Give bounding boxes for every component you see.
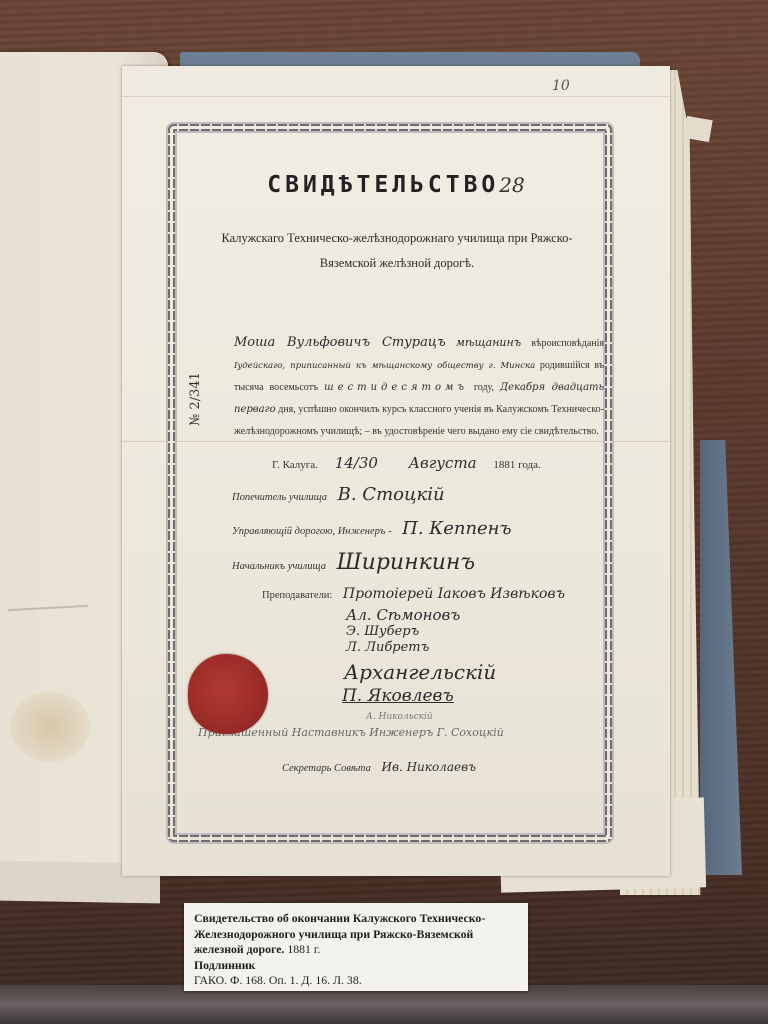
caption-year: 1881 г. xyxy=(284,942,320,956)
teacher-signature: Э. Шуберъ xyxy=(346,624,419,639)
issue-date-line: Г. Калуга. 14/30 Августа 1881 года. xyxy=(272,454,541,472)
signature: В. Стоцкій xyxy=(338,484,445,505)
caption-archive-reference: ГАКО. Ф. 168. Оп. 1. Д. 16. Л. 38. xyxy=(194,973,518,989)
secretary-row: Секретарь Совѣта Ив. Николаевъ xyxy=(282,760,476,774)
torn-page-flap xyxy=(683,116,712,142)
certificate-body: Моша Вульфовичъ Стурацъ мѣщанинъ вѣроисп… xyxy=(234,332,604,443)
issue-year-suffix: года. xyxy=(518,459,541,471)
teachers-row: Преподаватели: Протоіерей Іаковъ Извѣков… xyxy=(262,586,565,602)
handwritten-title-number: 28 xyxy=(499,173,524,197)
signature-label: Попечитель училища xyxy=(232,492,327,503)
issue-year: 1881 xyxy=(493,459,515,471)
teacher-signature: Протоіерей Іаковъ Извѣковъ xyxy=(343,586,565,602)
teacher-signature: Ал. Сѣмоновъ xyxy=(346,606,460,624)
certificate-sheet: 10 СВИДѢТЕЛЬСТВО28 Калужскаго Техническо… xyxy=(122,66,670,876)
signature-row-trustee: Попечитель училища В. Стоцкій xyxy=(232,484,445,505)
teacher-signature: Архангельскій xyxy=(344,660,496,684)
museum-caption-label: Свидетельство об окончании Калужского Те… xyxy=(184,903,528,991)
caption-line-3: железной дороге. 1881 г. xyxy=(194,942,518,958)
issue-day: 14/30 xyxy=(335,454,378,472)
signature-label: Начальникъ училища xyxy=(232,561,326,572)
paper-stain xyxy=(10,692,90,762)
signature: П. Кеппенъ xyxy=(402,518,511,539)
teacher-signature: А. Никольскій xyxy=(366,712,433,722)
subtitle-line-2: Вяземской желѣзной дорогѣ. xyxy=(192,251,602,276)
sheet-top-strip xyxy=(122,66,670,97)
main-text: дня, успѣшно окончилъ курсъ классного уч… xyxy=(234,404,604,437)
corner-page-number: 10 xyxy=(552,78,570,94)
caption-line-1: Свидетельство об окончании Калужского Те… xyxy=(194,911,518,927)
birth-year: шестидесятомъ xyxy=(324,382,468,393)
caption-line-3-bold: железной дороге. xyxy=(194,942,284,956)
caption-original-label: Подлинник xyxy=(194,958,518,974)
year-text: году, xyxy=(474,382,494,393)
student-religion: Іудейскаго, приписанный къ мѣщанскому об… xyxy=(234,361,535,371)
title-text: СВИДѢТЕЛЬСТВО xyxy=(267,172,499,198)
side-registration-number: № 2/341 xyxy=(188,372,203,426)
secretary-signature: Ив. Николаевъ xyxy=(382,760,477,774)
religion-label: вѣроисповѣданія xyxy=(531,338,604,349)
subtitle-line-1: Калужскаго Техническо-желѣзнодорожнаго у… xyxy=(192,226,602,251)
caption-line-2: Железнодорожного училища при Ряжско-Вязе… xyxy=(194,927,518,943)
teacher-signature: Л. Либретъ xyxy=(346,640,429,655)
faint-handwriting xyxy=(8,605,88,611)
secretary-label: Секретарь Совѣта xyxy=(282,763,371,774)
signature-label: Управляющій дорогою, Инженеръ - xyxy=(232,526,392,537)
issue-place: Г. Калуга. xyxy=(272,459,318,471)
eight-hundred-text: восемьсотъ xyxy=(270,382,319,393)
red-wax-seal xyxy=(188,654,268,734)
student-estate: мѣщанинъ xyxy=(456,336,521,349)
student-name: Моша Вульфовичъ Стурацъ xyxy=(234,335,446,350)
certificate-title: СВИДѢТЕЛЬСТВО28 xyxy=(122,172,670,198)
signature-row-school-head: Начальникъ училища Ширинкинъ xyxy=(232,550,475,575)
signature-row-road-manager: Управляющій дорогою, Инженеръ - П. Кеппе… xyxy=(232,518,512,539)
signature: Ширинкинъ xyxy=(337,550,475,575)
issue-month: Августа xyxy=(409,454,477,472)
teacher-signature: П. Яковлевъ xyxy=(342,686,454,706)
teachers-label: Преподаватели: xyxy=(262,590,332,601)
certificate-subtitle: Калужскаго Техническо-желѣзнодорожнаго у… xyxy=(192,226,602,276)
